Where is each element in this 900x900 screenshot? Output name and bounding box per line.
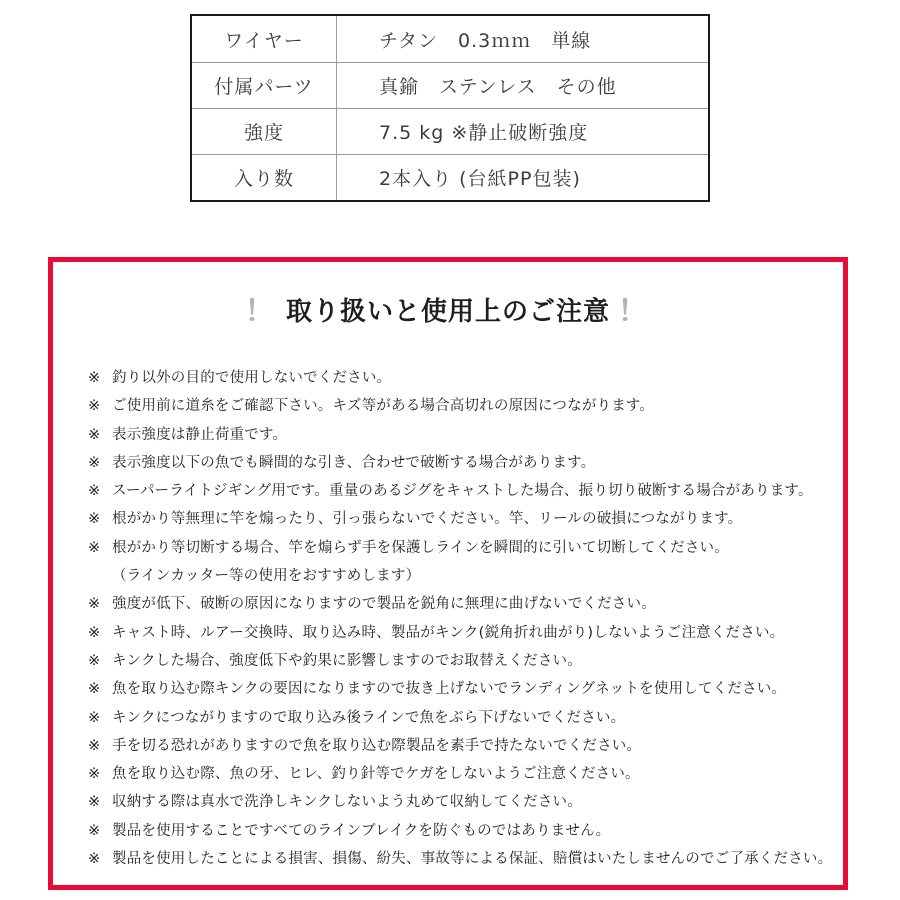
item-marker: ※ — [88, 590, 112, 618]
item-marker: ※ — [88, 449, 112, 477]
item-text: スーパーライトジギング用です。重量のあるジグをキャストした場合、振り切り破断する… — [112, 477, 813, 505]
item-text: 釣り以外の目的で使用しないでください。 — [112, 364, 391, 392]
item-text: キャスト時、ルアー交換時、取り込み時、製品がキンク(鋭角折れ曲がり)しないようご… — [112, 619, 784, 647]
table-row: 付属パーツ 真鍮 ステンレス その他 — [192, 62, 708, 108]
spec-value: チタン 0.3ｍｍ 単線 — [337, 16, 708, 62]
spec-value: 真鍮 ステンレス その他 — [337, 63, 708, 108]
table-row: ワイヤー チタン 0.3ｍｍ 単線 — [192, 16, 708, 62]
item-text: 強度が低下、破断の原因になりますので製品を鋭角に無理に曲げないでください。 — [112, 590, 656, 618]
spec-label: ワイヤー — [192, 16, 337, 62]
list-item: ※根がかり等切断する場合、竿を煽らず手を保護しラインを瞬間的に引いて切断してくだ… — [88, 534, 835, 562]
item-marker: ※ — [88, 732, 112, 760]
item-text: キンクした場合、強度低下や釣果に影響しますのでお取替えください。 — [112, 647, 582, 675]
item-marker: ※ — [88, 477, 112, 505]
list-item: ※キャスト時、ルアー交換時、取り込み時、製品がキンク(鋭角折れ曲がり)しないよう… — [88, 619, 835, 647]
item-text: ご使用前に道糸をご確認下さい。キズ等がある場合高切れの原因につながります。 — [112, 392, 654, 420]
item-text: （ラインカッター等の使用をおすすめします） — [112, 562, 420, 590]
exclamation-icon: ！ — [243, 294, 279, 328]
list-item: （ラインカッター等の使用をおすすめします） — [88, 562, 835, 590]
item-text: 表示強度は静止荷重です。 — [112, 421, 287, 449]
item-marker: ※ — [88, 817, 112, 845]
list-item: ※強度が低下、破断の原因になりますので製品を鋭角に無理に曲げないでください。 — [88, 590, 835, 618]
item-marker: ※ — [88, 675, 112, 703]
list-item: ※キンクにつながりますので取り込み後ラインで魚をぶら下げないでください。 — [88, 704, 835, 732]
item-marker: ※ — [88, 788, 112, 816]
item-marker: ※ — [88, 704, 112, 732]
list-item: ※スーパーライトジギング用です。重量のあるジグをキャストした場合、振り切り破断す… — [88, 477, 835, 505]
item-marker: ※ — [88, 364, 112, 392]
item-text: 収納する際は真水で洗浄しキンクしないよう丸めて収納してください。 — [112, 788, 582, 816]
spec-label: 付属パーツ — [192, 63, 337, 108]
spec-label: 入り数 — [192, 155, 337, 200]
list-item: ※収納する際は真水で洗浄しキンクしないよう丸めて収納してください。 — [88, 788, 835, 816]
list-item: ※表示強度は静止荷重です。 — [88, 421, 835, 449]
item-marker: ※ — [88, 505, 112, 533]
item-text: 製品を使用することですべてのラインブレイクを防ぐものではありません。 — [112, 817, 610, 845]
item-text: 根がかり等無理に竿を煽ったり、引っ張らないでください。竿、リールの破損につながり… — [112, 505, 742, 533]
list-item: ※キンクした場合、強度低下や釣果に影響しますのでお取替えください。 — [88, 647, 835, 675]
caution-list: ※釣り以外の目的で使用しないでください。 ※ご使用前に道糸をご確認下さい。キズ等… — [53, 364, 843, 873]
spec-table: ワイヤー チタン 0.3ｍｍ 単線 付属パーツ 真鍮 ステンレス その他 強度 … — [190, 14, 710, 202]
list-item: ※根がかり等無理に竿を煽ったり、引っ張らないでください。竿、リールの破損につなが… — [88, 505, 835, 533]
item-text: 根がかり等切断する場合、竿を煽らず手を保護しラインを瞬間的に引いて切断してくださ… — [112, 534, 729, 562]
item-marker: ※ — [88, 534, 112, 562]
item-marker: ※ — [88, 845, 112, 873]
item-text: キンクにつながりますので取り込み後ラインで魚をぶら下げないでください。 — [112, 704, 625, 732]
list-item: ※手を切る恐れがありますので魚を取り込む際製品を素手で持たないでください。 — [88, 732, 835, 760]
item-marker: ※ — [88, 392, 112, 420]
list-item: ※ご使用前に道糸をご確認下さい。キズ等がある場合高切れの原因につながります。 — [88, 392, 835, 420]
list-item: ※表示強度以下の魚でも瞬間的な引き、合わせで破断する場合があります。 — [88, 449, 835, 477]
spec-value: 7.5 kg ※静止破断強度 — [337, 109, 708, 154]
item-marker: ※ — [88, 619, 112, 647]
spec-label: 強度 — [192, 109, 337, 154]
item-marker: ※ — [88, 760, 112, 788]
item-marker: ※ — [88, 647, 112, 675]
item-text: 魚を取り込む際、魚の牙、ヒレ、釣り針等でケガをしないようご注意ください。 — [112, 760, 640, 788]
caution-title: ！取り扱いと使用上のご注意！ — [53, 294, 843, 329]
exclamation-icon: ！ — [616, 294, 652, 328]
table-row: 強度 7.5 kg ※静止破断強度 — [192, 108, 708, 154]
item-text: 手を切る恐れがありますので魚を取り込む際製品を素手で持たないでください。 — [112, 732, 641, 760]
list-item: ※魚を取り込む際キンクの要因になりますので抜き上げないでランディングネットを使用… — [88, 675, 835, 703]
list-item: ※製品を使用することですべてのラインブレイクを防ぐものではありません。 — [88, 817, 835, 845]
table-row: 入り数 2本入り (台紙PP包装) — [192, 154, 708, 200]
item-text: 製品を使用したことによる損害、損傷、紛失、事故等による保証、賠償はいたしませんの… — [112, 845, 832, 873]
item-text: 魚を取り込む際キンクの要因になりますので抜き上げないでランディングネットを使用し… — [112, 675, 786, 703]
item-text: 表示強度以下の魚でも瞬間的な引き、合わせで破断する場合があります。 — [112, 449, 595, 477]
list-item: ※製品を使用したことによる損害、損傷、紛失、事故等による保証、賠償はいたしません… — [88, 845, 835, 873]
caution-box: ！取り扱いと使用上のご注意！ ※釣り以外の目的で使用しないでください。 ※ご使用… — [48, 257, 848, 890]
item-marker: ※ — [88, 421, 112, 449]
caution-title-text: 取り扱いと使用上のご注意 — [286, 297, 610, 327]
list-item: ※釣り以外の目的で使用しないでください。 — [88, 364, 835, 392]
list-item: ※魚を取り込む際、魚の牙、ヒレ、釣り針等でケガをしないようご注意ください。 — [88, 760, 835, 788]
spec-value: 2本入り (台紙PP包装) — [337, 155, 708, 200]
